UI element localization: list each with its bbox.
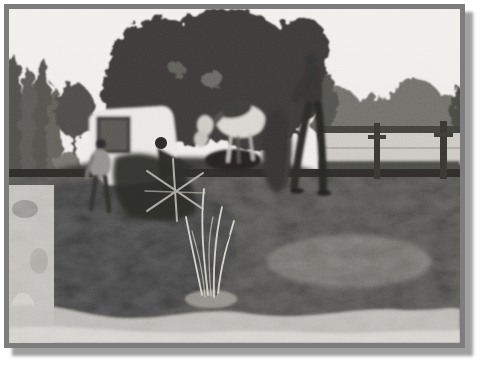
photo-image xyxy=(9,9,460,343)
photo-frame xyxy=(4,4,465,348)
scan-background xyxy=(0,0,495,365)
film-grain xyxy=(9,9,460,343)
